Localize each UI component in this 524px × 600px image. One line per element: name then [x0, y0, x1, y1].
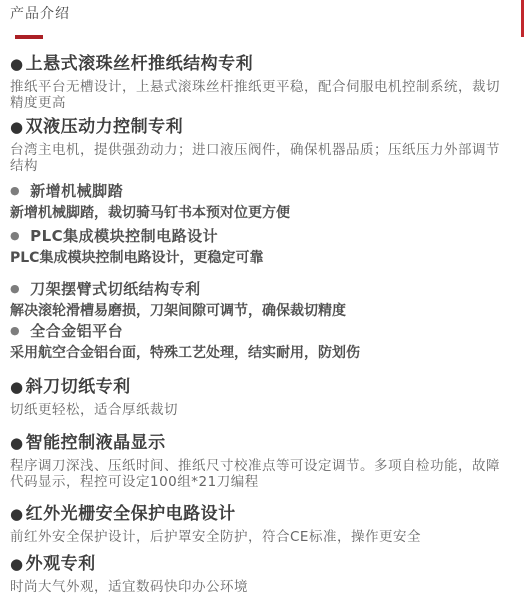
- section-heading-row: ● 智能控制液晶显示: [10, 434, 510, 452]
- bullet-icon: ●: [10, 434, 24, 452]
- product-intro-page: 产品介绍 ● 上悬式滚珠丝杆推纸结构专利 推纸平台无槽设计，上悬式滚珠丝杆推纸更…: [0, 0, 524, 600]
- section-heading-row: ● 上悬式滚珠丝杆推纸结构专利: [10, 55, 510, 73]
- section-heading: 斜刀切纸专利: [26, 378, 131, 396]
- section-heading: 上悬式滚珠丝杆推纸结构专利: [26, 55, 254, 73]
- section-heading-row: ● PLC集成模块控制电路设计: [10, 228, 510, 244]
- section-heading: 全合金铝平台: [30, 323, 123, 339]
- bullet-icon: ●: [10, 555, 24, 573]
- title-accent-line: [15, 35, 43, 39]
- section-heading: 红外光栅安全保护电路设计: [26, 505, 236, 523]
- feature-section: ● 双液压动力控制专利 台湾主电机，提供强劲动力；进口液压阀件，确保机器品质；压…: [10, 118, 510, 174]
- section-heading-row: ● 斜刀切纸专利: [10, 378, 510, 396]
- section-body: 台湾主电机，提供强劲动力；进口液压阀件，确保机器品质；压纸压力外部调节结构: [10, 142, 510, 174]
- section-body: 新增机械脚踏，裁切骑马钉书本预对位更方便: [10, 205, 510, 221]
- section-body: PLC集成模块控制电路设计，更稳定可靠: [10, 250, 510, 266]
- bullet-icon: ●: [10, 55, 24, 73]
- feature-section: ● 全合金铝平台 采用航空合金铝台面，特殊工艺处理，结实耐用，防划伤: [10, 323, 510, 361]
- feature-section: ● PLC集成模块控制电路设计 PLC集成模块控制电路设计，更稳定可靠: [10, 228, 510, 266]
- section-heading: 智能控制液晶显示: [26, 434, 166, 452]
- feature-section: ● 斜刀切纸专利 切纸更轻松，适合厚纸裁切: [10, 378, 510, 418]
- bullet-icon: ●: [10, 118, 24, 136]
- section-heading: 双液压动力控制专利: [26, 118, 184, 136]
- section-heading-row: ● 刀架摆臂式切纸结构专利: [10, 281, 510, 297]
- section-body: 解决滚轮滑槽易磨损，刀架间隙可调节，确保裁切精度: [10, 303, 510, 319]
- feature-section: ● 上悬式滚珠丝杆推纸结构专利 推纸平台无槽设计，上悬式滚珠丝杆推纸更平稳，配合…: [10, 55, 510, 111]
- bullet-icon: ●: [10, 281, 20, 297]
- bullet-icon: ●: [10, 323, 20, 339]
- feature-section: ● 刀架摆臂式切纸结构专利 解决滚轮滑槽易磨损，刀架间隙可调节，确保裁切精度: [10, 281, 510, 319]
- section-body: 前红外安全保护设计，后护罩安全防护，符合CE标准，操作更安全: [10, 529, 510, 545]
- bullet-icon: ●: [10, 228, 20, 244]
- section-body: 推纸平台无槽设计，上悬式滚珠丝杆推纸更平稳，配合伺服电机控制系统，裁切精度更高: [10, 79, 510, 111]
- feature-section: ● 智能控制液晶显示 程序调刀深浅、压纸时间、推纸尺寸校准点等可设定调节。多项自…: [10, 434, 510, 490]
- section-heading-row: ● 红外光栅安全保护电路设计: [10, 505, 510, 523]
- section-body: 时尚大气外观，适宜数码快印办公环境: [10, 579, 510, 595]
- feature-section: ● 新增机械脚踏 新增机械脚踏，裁切骑马钉书本预对位更方便: [10, 183, 510, 221]
- page-title: 产品介绍: [10, 6, 510, 22]
- feature-section: ● 红外光栅安全保护电路设计 前红外安全保护设计，后护罩安全防护，符合CE标准，…: [10, 505, 510, 545]
- section-heading: PLC集成模块控制电路设计: [30, 228, 218, 244]
- section-heading-row: ● 新增机械脚踏: [10, 183, 510, 199]
- section-body: 采用航空合金铝台面，特殊工艺处理，结实耐用，防划伤: [10, 345, 510, 361]
- section-body: 切纸更轻松，适合厚纸裁切: [10, 402, 510, 418]
- section-heading: 外观专利: [26, 555, 96, 573]
- section-heading-row: ● 双液压动力控制专利: [10, 118, 510, 136]
- bullet-icon: ●: [10, 505, 24, 523]
- bullet-icon: ●: [10, 378, 24, 396]
- bullet-icon: ●: [10, 183, 20, 199]
- section-heading-row: ● 外观专利: [10, 555, 510, 573]
- feature-section: ● 外观专利 时尚大气外观，适宜数码快印办公环境: [10, 555, 510, 595]
- feature-sections: ● 上悬式滚珠丝杆推纸结构专利 推纸平台无槽设计，上悬式滚珠丝杆推纸更平稳，配合…: [10, 55, 510, 595]
- section-body: 程序调刀深浅、压纸时间、推纸尺寸校准点等可设定调节。多项自检功能，故障代码显示，…: [10, 458, 510, 490]
- section-heading-row: ● 全合金铝平台: [10, 323, 510, 339]
- section-heading: 新增机械脚踏: [30, 183, 123, 199]
- section-heading: 刀架摆臂式切纸结构专利: [30, 281, 201, 297]
